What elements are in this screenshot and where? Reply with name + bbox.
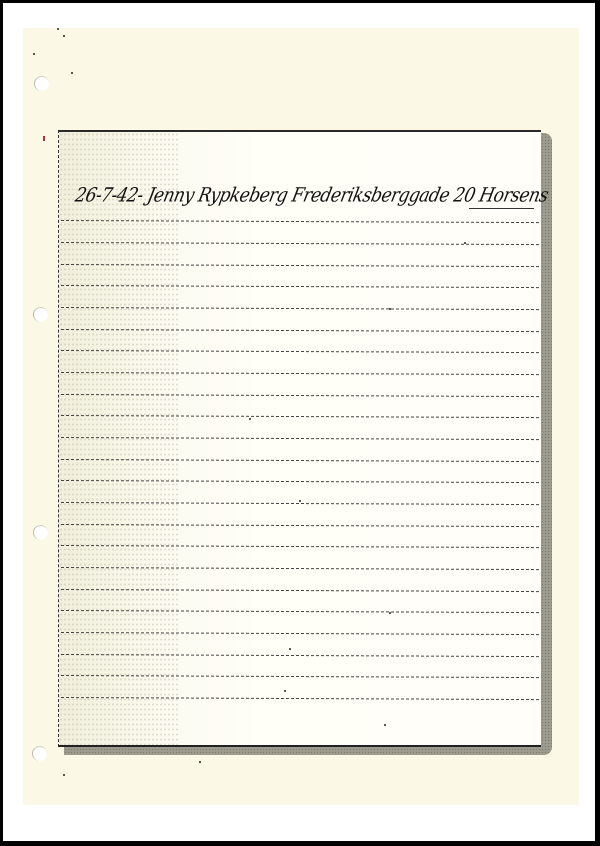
speck [284,690,286,692]
speck [389,612,391,614]
punch-hole-3 [33,525,48,540]
speck [57,28,59,30]
ruled-line [61,654,539,657]
ruled-line [61,502,539,505]
punch-hole-4 [32,746,47,761]
speck [289,648,291,650]
ruled-line [61,415,539,418]
handwritten-entry: 26-7-42- Jenny Rypkeberg Frederiksbergga… [73,184,550,207]
punch-hole-2 [33,307,48,322]
ruled-line [61,285,539,288]
ruled-line [61,394,539,397]
speck [63,774,65,776]
speck [389,308,391,310]
ruled-line [61,675,539,678]
ruled-line [61,372,539,375]
ruled-line [61,264,539,267]
ruled-line [61,242,539,245]
ruled-line [61,589,539,592]
ruled-line [61,524,539,527]
ruled-line [61,632,539,635]
speck [33,53,35,55]
speck [249,418,251,420]
ruled-line [61,329,539,332]
entry-underline [469,208,534,209]
speck [63,35,65,37]
speck [299,500,301,502]
ruled-line [61,697,539,700]
ruled-line [61,610,539,613]
ruled-line [61,567,539,570]
ruled-line [61,307,539,310]
card-face: 26-7-42- Jenny Rypkeberg Frederiksbergga… [58,130,541,747]
speck [384,724,386,726]
speck [464,242,466,244]
index-card: 26-7-42- Jenny Rypkeberg Frederiksbergga… [58,130,546,755]
ruled-line [61,220,539,223]
punch-hole-1 [34,76,49,91]
page-frame: 26-7-42- Jenny Rypkeberg Frederiksbergga… [3,3,595,841]
ruled-line [61,350,539,353]
speck [71,72,73,74]
ruled-line [61,545,539,548]
ruled-line [61,437,539,440]
margin-mark [43,136,45,141]
ruled-line [61,480,539,483]
ruled-line [61,459,539,462]
speck [199,761,201,763]
